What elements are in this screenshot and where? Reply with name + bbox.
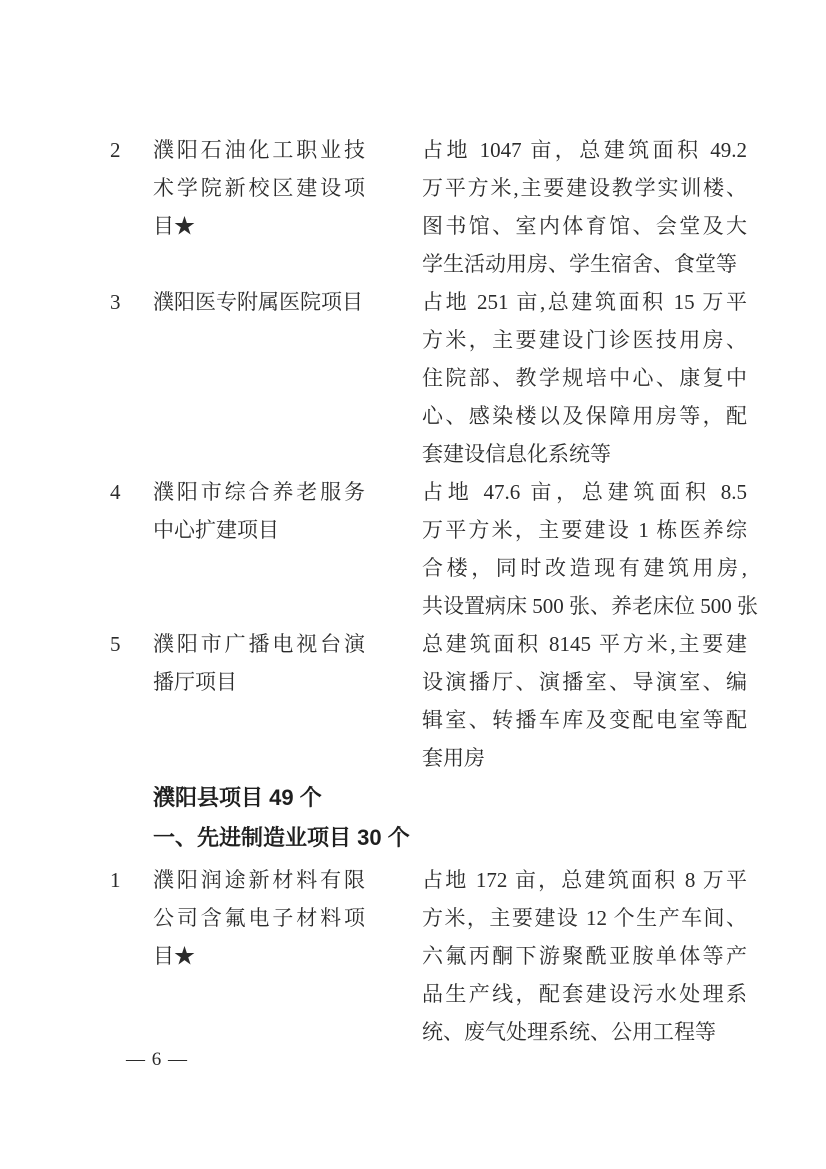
text-line: 合楼，同时改造现有建筑用房, — [422, 549, 747, 587]
text-line: 学生活动用房、学生宿舍、食堂等 — [422, 245, 747, 283]
text-line: 辑室、转播车库及变配电室等配 — [422, 701, 747, 739]
text-line: 统、废气处理系统、公用工程等 — [422, 1013, 747, 1051]
project-description: 占地 251 亩,总建筑面积 15 万平方米，主要建设门诊医技用房、住院部、教学… — [422, 283, 747, 473]
page-number: — 6 — — [126, 1046, 188, 1074]
row-number: 2 — [110, 131, 153, 169]
text-line: 住院部、教学规培中心、康复中 — [422, 359, 747, 397]
document-page: 2 濮阳石油化工职业技术学院新校区建设项目★ 占地 1047 亩，总建筑面积 4… — [0, 0, 826, 1169]
text-line: 方米，主要建设门诊医技用房、 — [422, 321, 747, 359]
table-row: 4 濮阳市综合养老服务中心扩建项目 占地 47.6 亩，总建筑面积 8.5万平方… — [110, 473, 747, 625]
project-name: 濮阳市广播电视台演播厅项目 — [153, 625, 365, 701]
text-line: 图书馆、室内体育馆、会堂及大 — [422, 207, 747, 245]
text-line: 濮阳医专附属医院项目 — [153, 283, 365, 321]
table-row: 1 濮阳润途新材料有限公司含氟电子材料项目★ 占地 172 亩，总建筑面积 8 … — [110, 861, 747, 1051]
text-line: 濮阳润途新材料有限 — [153, 861, 365, 899]
text-line: 占地 172 亩，总建筑面积 8 万平 — [422, 861, 747, 899]
text-line: 濮阳市综合养老服务 — [153, 473, 365, 511]
row-number: 5 — [110, 625, 153, 663]
text-line: 濮阳市广播电视台演 — [153, 625, 365, 663]
row-number: 4 — [110, 473, 153, 511]
project-description: 占地 1047 亩，总建筑面积 49.2万平方米,主要建设教学实训楼、图书馆、室… — [422, 131, 747, 283]
text-line: 心、感染楼以及保障用房等，配 — [422, 397, 747, 435]
table-row: 2 濮阳石油化工职业技术学院新校区建设项目★ 占地 1047 亩，总建筑面积 4… — [110, 131, 747, 283]
text-line: 占地 1047 亩，总建筑面积 49.2 — [422, 131, 747, 169]
text-line: 播厅项目 — [153, 663, 365, 701]
subsection-heading: 一、先进制造业项目 30 个 — [153, 819, 747, 857]
project-description: 占地 172 亩，总建筑面积 8 万平方米，主要建设 12 个生产车间、六氟丙酮… — [422, 861, 747, 1051]
text-line: 中心扩建项目 — [153, 511, 365, 549]
text-line: 设演播厅、演播室、导演室、编 — [422, 663, 747, 701]
text-line: 濮阳石油化工职业技 — [153, 131, 365, 169]
text-line: 公司含氟电子材料项 — [153, 899, 365, 937]
text-line: 占地 47.6 亩，总建筑面积 8.5 — [422, 473, 747, 511]
project-name: 濮阳医专附属医院项目 — [153, 283, 365, 321]
section-heading: 濮阳县项目 49 个 — [153, 777, 747, 817]
page-content: 2 濮阳石油化工职业技术学院新校区建设项目★ 占地 1047 亩，总建筑面积 4… — [110, 131, 747, 1051]
text-line: 万平方米,主要建设教学实训楼、 — [422, 169, 747, 207]
project-name: 濮阳石油化工职业技术学院新校区建设项目★ — [153, 131, 365, 245]
text-line: 术学院新校区建设项 — [153, 169, 365, 207]
text-line: 套建设信息化系统等 — [422, 435, 747, 473]
project-name: 濮阳市综合养老服务中心扩建项目 — [153, 473, 365, 549]
table-row: 3 濮阳医专附属医院项目 占地 251 亩,总建筑面积 15 万平方米，主要建设… — [110, 283, 747, 473]
text-line: 目★ — [153, 207, 365, 245]
table-row: 5 濮阳市广播电视台演播厅项目 总建筑面积 8145 平方米,主要建设演播厅、演… — [110, 625, 747, 777]
text-line: 占地 251 亩,总建筑面积 15 万平 — [422, 283, 747, 321]
text-line: 万平方米，主要建设 1 栋医养综 — [422, 511, 747, 549]
row-number: 3 — [110, 283, 153, 321]
text-line: 共设置病床 500 张、养老床位 500 张 — [422, 587, 747, 625]
project-description: 总建筑面积 8145 平方米,主要建设演播厅、演播室、导演室、编辑室、转播车库及… — [422, 625, 747, 777]
text-line: 目★ — [153, 937, 365, 975]
project-description: 占地 47.6 亩，总建筑面积 8.5万平方米，主要建设 1 栋医养综合楼，同时… — [422, 473, 747, 625]
project-name: 濮阳润途新材料有限公司含氟电子材料项目★ — [153, 861, 365, 975]
text-line: 六氟丙酮下游聚酰亚胺单体等产 — [422, 937, 747, 975]
text-line: 套用房 — [422, 739, 747, 777]
text-line: 品生产线，配套建设污水处理系 — [422, 975, 747, 1013]
text-line: 总建筑面积 8145 平方米,主要建 — [422, 625, 747, 663]
text-line: 方米，主要建设 12 个生产车间、 — [422, 899, 747, 937]
row-number: 1 — [110, 861, 153, 899]
